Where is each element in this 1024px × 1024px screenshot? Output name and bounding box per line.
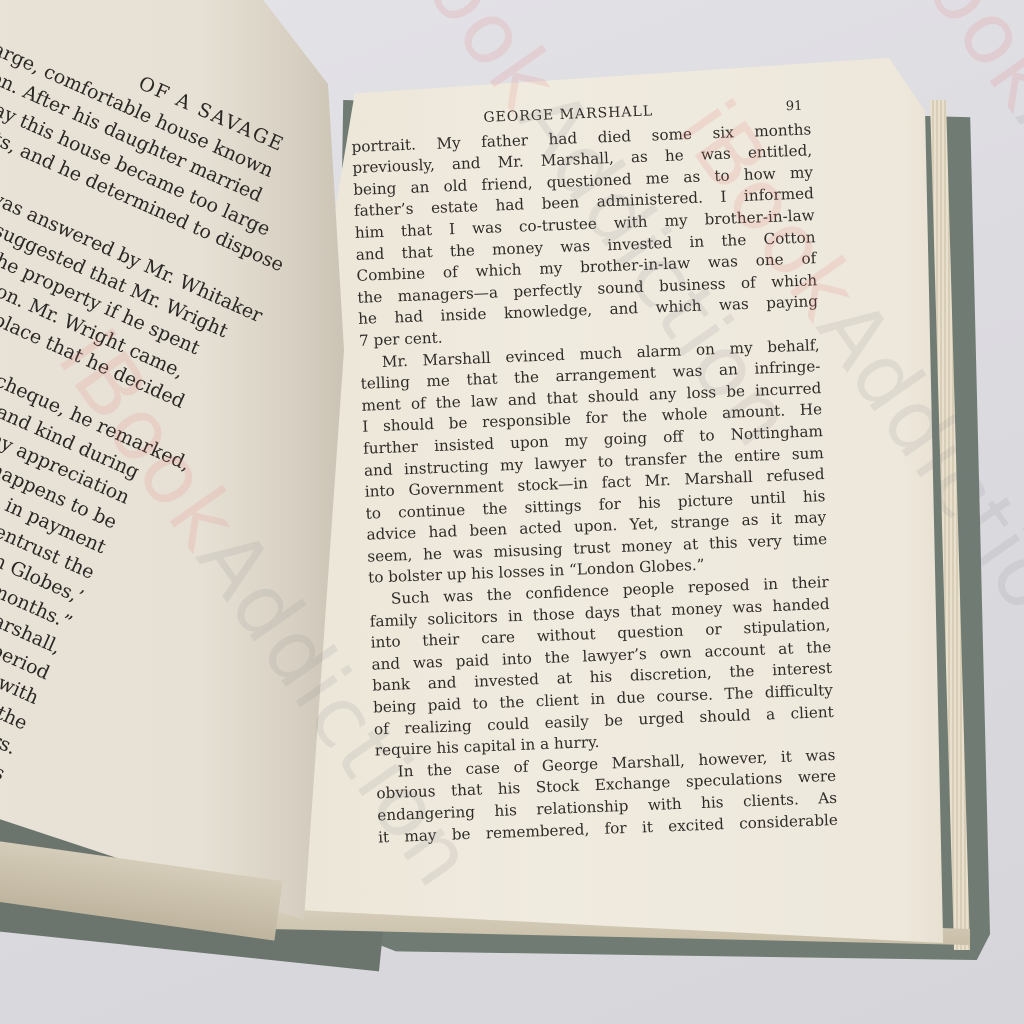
- watermark-text: Addiction: [998, 72, 1024, 465]
- right-page-text: GEORGE MARSHALL 91 portrait. My father h…: [350, 87, 838, 848]
- book-photo: OF A SAVAGE large, comfortable house kno…: [0, 0, 1024, 1024]
- page-number: 91: [785, 95, 810, 118]
